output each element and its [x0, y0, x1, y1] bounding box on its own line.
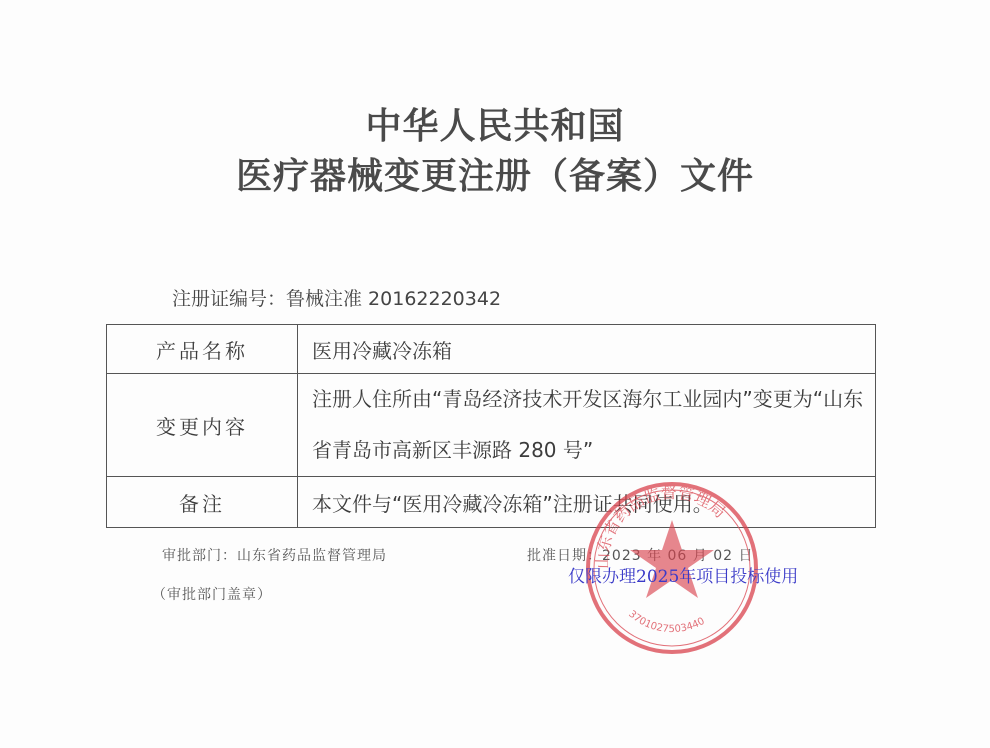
row-label-change-content: 变更内容 — [107, 374, 298, 477]
table-row: 变更内容 注册人住所由“青岛经济技术开发区海尔工业园内”变更为“山东省青岛市高新… — [107, 374, 876, 477]
approval-department: 审批部门：山东省药品监督管理局 — [162, 545, 387, 565]
document-title: 医疗器械变更注册（备案）文件 — [0, 148, 990, 199]
approval-dept-value: 山东省药品监督管理局 — [237, 548, 387, 564]
seal-note: （审批部门盖章） — [152, 584, 272, 604]
registration-label: 注册证编号： — [172, 288, 286, 310]
row-value-product-name: 医用冷藏冷冻箱 — [298, 325, 876, 374]
table-row: 产品名称 医用冷藏冷冻箱 — [107, 325, 876, 374]
registration-number-line: 注册证编号：鲁械注准 20162220342 — [172, 284, 501, 311]
document-title-country: 中华人民共和国 — [0, 98, 990, 149]
watermark-text: 仅限办理2025年项目投标使用 — [568, 562, 798, 587]
row-value-change-content: 注册人住所由“青岛经济技术开发区海尔工业园内”变更为“山东省青岛市高新区丰源路 … — [298, 374, 876, 477]
row-label-product-name: 产品名称 — [107, 325, 298, 374]
svg-text:3701027503440: 3701027503440 — [626, 609, 706, 635]
registration-number: 鲁械注准 20162220342 — [286, 288, 501, 310]
row-label-remarks: 备注 — [107, 477, 298, 528]
approval-dept-label: 审批部门： — [162, 548, 237, 564]
